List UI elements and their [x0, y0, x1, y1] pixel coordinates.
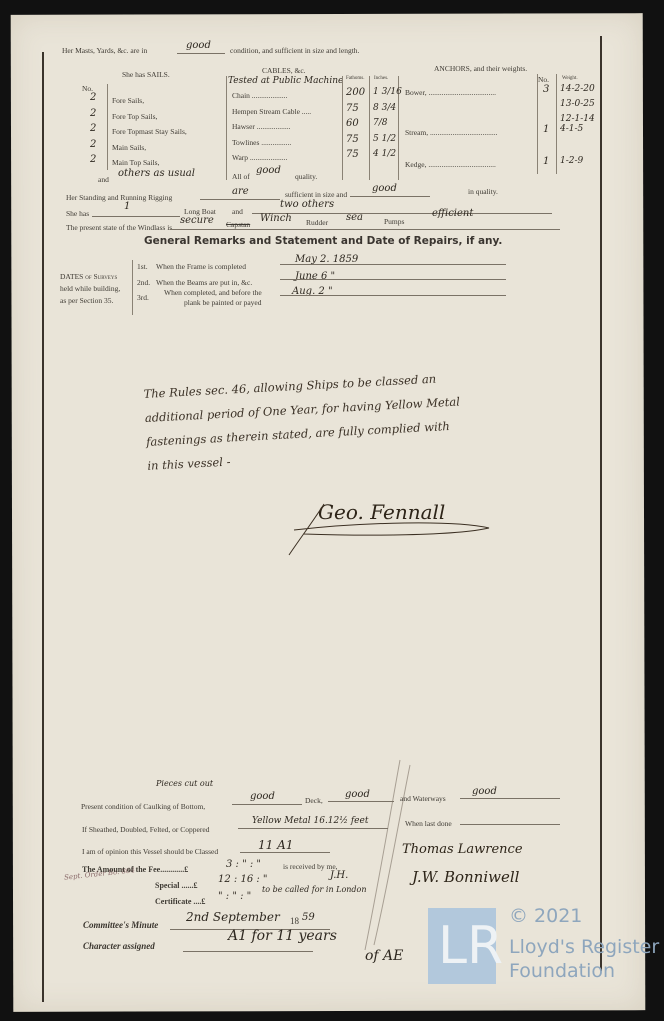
anchors-heading: ANCHORS, and their weights.: [434, 64, 527, 73]
anchor-count: 3: [543, 84, 549, 95]
fee-initials: J.H.: [330, 870, 348, 881]
committee-year-value: 59: [302, 912, 315, 923]
cables-left-rule: [226, 76, 227, 180]
survey-2-value: June 6 ": [295, 271, 335, 282]
anchors-weight-header: Weight.: [562, 76, 578, 81]
anchors-no-rule: [537, 74, 538, 174]
watermark-line-2: Foundation: [509, 960, 615, 982]
sail-label: Fore Topmast Stay Sails,: [112, 127, 187, 136]
waterways-value: good: [472, 786, 497, 797]
rigging-fill-line-1: [200, 199, 280, 200]
classed-label: I am of opinion this Vessel should be Cl…: [82, 847, 218, 856]
boats-count: 1: [124, 201, 130, 212]
sail-count: 2: [90, 108, 96, 119]
boats-label: She has: [66, 209, 89, 218]
character-assigned-value: A1 for 11 years: [228, 928, 337, 944]
anchors-weight-rule: [556, 74, 557, 174]
cables-inches-rule: [369, 76, 370, 180]
signature-flourish: [284, 500, 504, 560]
cable-inches: 5 1/2: [373, 134, 396, 144]
cable-inches: 1 3/16: [373, 87, 402, 97]
sails-heading: She has SAILS.: [122, 70, 170, 79]
masts-value: good: [186, 40, 211, 51]
cable-label: Chain ...................: [232, 91, 287, 100]
cables-fathoms-rule: [342, 76, 343, 180]
capstan-struck-label: Capstan: [226, 220, 250, 229]
windlass-fill-line: [170, 229, 560, 230]
fathoms-header: Fathoms.: [346, 76, 364, 81]
survey-3-label-1: When completed, and before the: [164, 288, 262, 297]
general-remarks-heading: General Remarks and Statement and Date o…: [144, 235, 502, 247]
cables-quality-suffix: quality.: [295, 172, 317, 181]
cables-note: Tested at Public Machine: [228, 76, 343, 86]
anchor-weight: 4-1-5: [560, 124, 583, 134]
surveys-bracket-rule: [132, 260, 133, 315]
cable-inches: 8 3/4: [373, 103, 396, 113]
caulking-label: Present condition of Caulking of Bottom,: [81, 802, 205, 811]
cables-quality-prefix: All of: [232, 172, 250, 181]
boats-others: two others: [280, 199, 334, 210]
capstan-value: Winch: [260, 213, 292, 224]
sail-count: 2: [90, 92, 96, 103]
survey-2-label: When the Beams are put in, &c.: [156, 278, 252, 287]
sail-count: 2: [90, 123, 96, 134]
survey-2-num: 2nd.: [137, 278, 150, 287]
signature-bonniwell: J.W. Bonniwell: [412, 868, 519, 886]
anchor-label: Stream, ................................…: [405, 128, 498, 137]
anchor-count: 1: [543, 156, 549, 167]
cable-fathoms: 200: [346, 87, 365, 98]
masts-suffix: condition, and sufficient in size and le…: [230, 46, 359, 55]
sail-label: Fore Top Sails,: [112, 112, 157, 121]
certificate-label: Certificate ....£: [155, 897, 205, 906]
sheathing-value: Yellow Metal 16.12½ feet: [252, 816, 368, 826]
sail-count: 2: [90, 139, 96, 150]
rigging-fill-line-2: [350, 196, 430, 197]
deck-fill-line: [328, 801, 394, 802]
special-label: Special ......£: [155, 881, 197, 890]
survey-1-label: When the Frame is completed: [156, 262, 246, 271]
caulking-note: Pieces cut out: [156, 779, 213, 788]
survey-1-fill-line: [280, 264, 506, 265]
boats-and-label: and: [232, 207, 243, 216]
survey-1-num: 1st.: [137, 262, 148, 271]
masts-fill-line: [177, 53, 225, 54]
cable-fathoms: 75: [346, 149, 359, 160]
cable-inches: 4 1/2: [373, 149, 396, 159]
cable-label: Towlines ................: [232, 138, 291, 147]
survey-3-label-2: plank be painted or payed: [184, 298, 261, 307]
rigging-suffix: in quality.: [468, 187, 498, 196]
sail-count: 2: [90, 154, 96, 165]
fee-value: 3 : " : ": [226, 859, 261, 870]
pumps-value: efficient: [432, 208, 473, 219]
masts-label: Her Masts, Yards, &c. are in: [62, 46, 147, 55]
right-border-rule: [600, 36, 602, 971]
classed-value: 11 A1: [258, 838, 293, 852]
cable-inches: 7/8: [373, 118, 387, 128]
cable-label: Hawser ..................: [232, 122, 291, 131]
character-extra-mark: of AE: [365, 948, 403, 964]
sail-label: Main Top Sails,: [112, 158, 159, 167]
sail-label: Fore Sails,: [112, 96, 144, 105]
anchor-label: Bower, .................................…: [405, 88, 496, 97]
cable-label: Hempen Stream Cable .....: [232, 107, 311, 116]
last-done-fill-line: [460, 824, 560, 825]
cable-label: Warp ....................: [232, 153, 287, 162]
anchor-count: 1: [543, 124, 549, 135]
boats-fill-line-2: [252, 213, 552, 214]
inches-header: Inches.: [374, 76, 388, 81]
cables-heading: CABLES, &c.: [262, 66, 306, 75]
character-assigned-label: Character assigned: [83, 941, 155, 951]
committee-minute-value: 2nd September: [186, 910, 280, 924]
anchor-weight: 1-2-9: [560, 156, 583, 166]
sail-label: Main Sails,: [112, 143, 146, 152]
surveys-side-label-1: DATES of Surveys: [60, 272, 117, 281]
committee-year-prefix: 18: [290, 916, 299, 926]
watermark-line-1: Lloyd's Register: [509, 936, 659, 958]
anchor-weight: 13-0-25: [560, 99, 595, 109]
certificate-note: to be called for in London: [262, 885, 367, 894]
certificate-value: " : " : ": [218, 891, 251, 902]
caulking-bottom-value: good: [250, 791, 275, 802]
waterways-label: and Waterways: [400, 794, 446, 803]
windlass-value: secure: [180, 215, 214, 226]
rigging-value-1: are: [232, 186, 249, 197]
cable-fathoms: 60: [346, 118, 359, 129]
cables-quality-value: good: [256, 165, 281, 176]
anchor-label: Kedge, .................................…: [405, 160, 496, 169]
fee-label: The Amount of the Fee............£: [82, 865, 188, 874]
sails-and-label: and: [98, 175, 109, 184]
rigging-value-2: good: [372, 183, 397, 194]
special-value: 12 : 16 : ": [218, 874, 268, 885]
caulking-fill-line: [232, 804, 302, 805]
left-border-rule: [42, 52, 44, 1002]
anchor-weight: 12-1-14: [560, 114, 595, 124]
signature-thomas-lawrence: Thomas Lawrence: [402, 842, 523, 857]
anchors-no-header: No.: [538, 75, 549, 84]
windlass-label: The present state of the Windlass is: [66, 223, 172, 232]
rudder-label: Rudder: [306, 218, 328, 227]
rigging-label: Her Standing and Running Rigging: [66, 193, 172, 202]
pumps-label: Pumps: [384, 217, 404, 226]
survey-2-fill-line: [280, 279, 506, 280]
survey-3-fill-line: [280, 295, 506, 296]
lr-logo-letters: LR: [438, 918, 503, 974]
anchor-weight: 14-2-20: [560, 84, 595, 94]
rigging-mid: sufficient in size and: [285, 190, 347, 199]
cable-fathoms: 75: [346, 103, 359, 114]
sheathing-fill-line: [238, 828, 388, 829]
sails-column-rule: [107, 84, 108, 170]
sheathing-label: If Sheathed, Doubled, Felted, or Coppere…: [82, 825, 209, 834]
rudder-value: sea: [346, 212, 363, 223]
surveys-side-label-3: as per Section 35.: [60, 296, 113, 305]
surveys-side-label-2: held while building,: [60, 284, 120, 293]
survey-3-num: 3rd.: [137, 293, 149, 302]
character-fill-line: [183, 951, 313, 952]
committee-minute-label: Committee's Minute: [83, 920, 158, 930]
waterways-fill-line: [460, 798, 560, 799]
boats-fill-line-1: [92, 216, 180, 217]
last-done-label: When last done: [405, 819, 452, 828]
deck-value: good: [345, 789, 370, 800]
sails-and-value: others as usual: [118, 168, 195, 179]
cable-fathoms: 75: [346, 134, 359, 145]
watermark-copyright: © 2021: [509, 905, 582, 927]
classed-fill-line: [240, 852, 330, 853]
deck-label: Deck,: [305, 796, 323, 805]
